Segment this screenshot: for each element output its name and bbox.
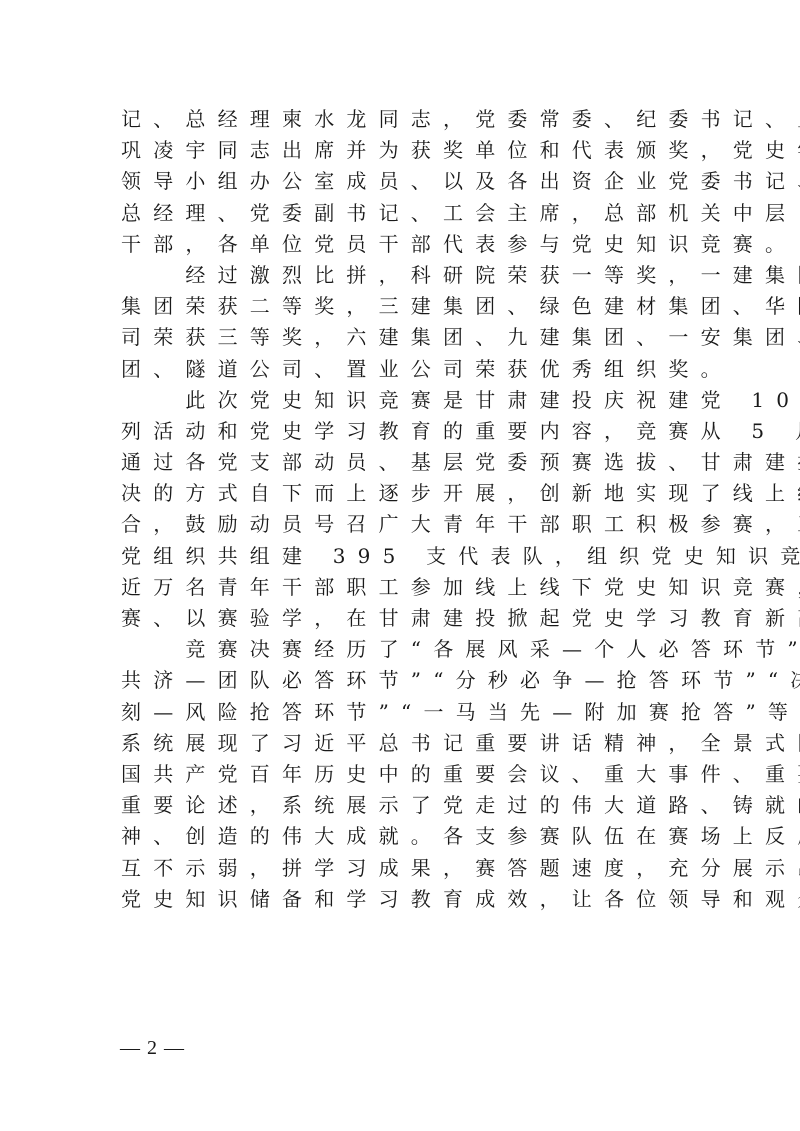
text-line: 领导小组办公室成员、以及各出资企业党委书记、董事长、 xyxy=(121,166,686,197)
text-line: 此次党史知识竞赛是甘肃建投庆祝建党 100 周年系 xyxy=(121,385,686,416)
text-line: 国共产党百年历史中的重要会议、重大事件、重要任务、 xyxy=(121,759,686,790)
text-line: 赛、以赛验学，在甘肃建投掀起党史学习教育新高潮。 xyxy=(121,603,686,634)
text-line: 司荣获三等奖，六建集团、九建集团、一安集团、安装集 xyxy=(121,322,686,353)
text-line: 集团荣获二等奖，三建集团、绿色建材集团、华陇投资公 xyxy=(121,291,686,322)
body-text: 记、总经理柬水龙同志，党委常委、纪委书记、监察专员 巩凌宇同志出席并为获奖单位和… xyxy=(121,104,686,915)
page-number: — 2 — xyxy=(120,1037,185,1060)
text-line: 党组织共组建 395 支代表队，组织党史知识竞赛 81 场次， xyxy=(121,541,686,572)
text-line: 共济—团队必答环节”“分秒必争—抢答环节”“决胜时 xyxy=(121,665,686,696)
text-line: 刻—风险抢答环节”“一马当先—附加赛抢答”等环节， xyxy=(121,697,686,728)
text-line: 竞赛决赛经历了“各展风采—个人必答环节”“同舟 xyxy=(121,634,686,665)
text-line: 记、总经理柬水龙同志，党委常委、纪委书记、监察专员 xyxy=(121,104,686,135)
document-page: 记、总经理柬水龙同志，党委常委、纪委书记、监察专员 巩凌宇同志出席并为获奖单位和… xyxy=(0,0,800,1131)
text-line: 巩凌宇同志出席并为获奖单位和代表颁奖，党史学习教育 xyxy=(121,135,686,166)
text-line: 通过各党支部动员、基层党委预赛选拔、甘肃建投党委终 xyxy=(121,447,686,478)
text-line: 总经理、党委副书记、工会主席，总部机关中层以上领导 xyxy=(121,198,686,229)
text-line: 合，鼓励动员号召广大青年干部职工积极参赛，三级四层 xyxy=(121,509,686,540)
text-line: 决的方式自下而上逐步开展，创新地实现了线上线下相结 xyxy=(121,478,686,509)
text-line: 干部，各单位党员干部代表参与党史知识竞赛。 xyxy=(121,229,686,260)
text-line: 列活动和党史学习教育的重要内容，竞赛从 5 月份开始， xyxy=(121,416,686,447)
text-line: 近万名青年干部职工参加线上线下党史知识竞赛，以学助 xyxy=(121,572,686,603)
text-line: 团、隧道公司、置业公司荣获优秀组织奖。 xyxy=(121,354,686,385)
text-line: 系统展现了习近平总书记重要讲话精神，全景式回顾了中 xyxy=(121,728,686,759)
text-line: 经过激烈比拼，科研院荣获一等奖，一建集团、七建 xyxy=(121,260,686,291)
text-line: 重要论述，系统展示了党走过的伟大道路、铸就的伟大精 xyxy=(121,790,686,821)
text-line: 党史知识储备和学习教育成效，让各位领导和观众在轻松 xyxy=(121,884,686,915)
text-line: 互不示弱，拼学习成果，赛答题速度，充分展示出丰富的 xyxy=(121,853,686,884)
text-line: 神、创造的伟大成就。各支参赛队伍在赛场上反应敏捷、 xyxy=(121,821,686,852)
